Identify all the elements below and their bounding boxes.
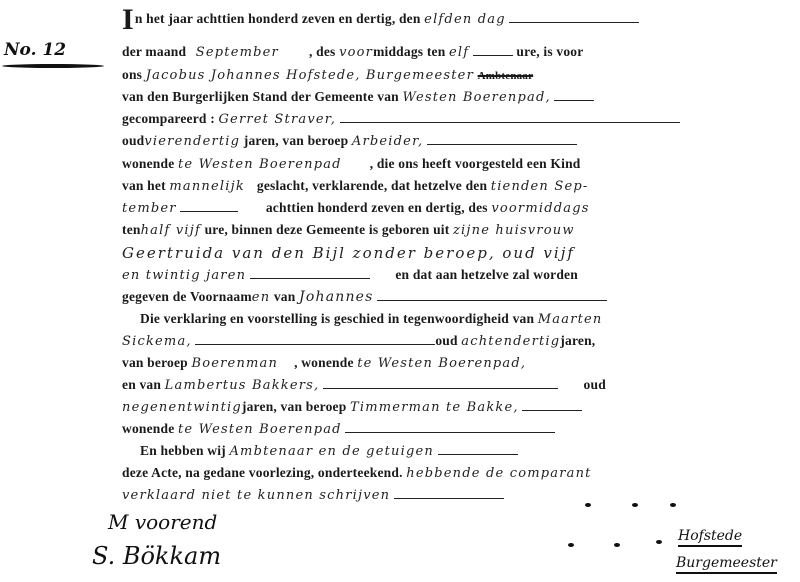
handwritten-age: vierendertig xyxy=(144,134,240,149)
printed-text: van beroep xyxy=(122,355,188,370)
handwritten-birth-daypart: voormiddags xyxy=(491,201,589,216)
handwritten-birth-day: tienden Sep- xyxy=(491,179,589,194)
handwritten-note-continued: verklaard niet te kunnen schrijven xyxy=(122,488,390,503)
handwritten-profession: Arbeider, xyxy=(352,134,424,149)
printed-text: jaren, xyxy=(560,333,595,348)
printed-text: n het jaar achttien honderd zeven en der… xyxy=(135,11,421,26)
line-12: en twintig jaren en dat aan hetzelve zal… xyxy=(122,266,578,285)
line-13: gegeven de Voornaamen van Johannes xyxy=(122,288,607,307)
entry-number-flourish xyxy=(2,64,104,68)
line-18: negenentwintigjaren, van beroep Timmerma… xyxy=(122,398,582,417)
handwritten-witness1-surname: Sickema, xyxy=(122,334,192,349)
printed-text: ure, binnen deze Gemeente is geboren uit xyxy=(205,222,450,237)
fill-line xyxy=(250,268,370,279)
ink-mark xyxy=(568,543,574,547)
register-page: No. 12 In het jaar achttien honderd zeve… xyxy=(0,0,800,582)
printed-text: wonende xyxy=(122,156,174,171)
fill-line xyxy=(180,201,238,212)
entry-number: No. 12 xyxy=(4,40,66,60)
handwritten-birth-hour: half vijf xyxy=(141,223,201,238)
printed-text: der maand xyxy=(122,44,186,59)
handwritten-daypart: voor xyxy=(339,45,373,60)
printed-text: van het xyxy=(122,178,166,193)
line-9: tember achttien honderd zeven en dertig,… xyxy=(122,199,590,218)
handwritten-municipality: Westen Boerenpad, xyxy=(402,90,550,105)
fill-line xyxy=(323,378,558,389)
printed-text: deze Acte, na gedane voorlezing, onderte… xyxy=(122,465,403,480)
handwritten-hour: elf xyxy=(449,45,469,60)
line-14: Die verklaring en voorstelling is geschi… xyxy=(140,310,603,329)
handwritten-day: elfden dag xyxy=(424,12,506,27)
signature-witness2: S. Bökkam xyxy=(92,542,221,570)
handwritten-mother-relation: zijne huisvrouw xyxy=(453,223,575,238)
handwritten-child-name: Johannes xyxy=(299,289,374,305)
signature-mayor-title: Burgemeester xyxy=(676,555,777,574)
line-21: deze Acte, na gedane voorlezing, onderte… xyxy=(122,464,592,483)
handwritten-mother: Geertruida van den Bijl zonder beroep, o… xyxy=(122,244,575,262)
handwritten-sex: mannelijk xyxy=(169,179,245,194)
printed-text: Die verklaring en voorstelling is geschi… xyxy=(140,311,534,326)
printed-text: ons xyxy=(122,67,142,82)
printed-text: middags ten xyxy=(373,44,445,59)
ink-mark xyxy=(670,503,676,507)
line-3: ons Jacobus Johannes Hofstede, Burgemees… xyxy=(122,66,533,85)
fill-line xyxy=(195,334,435,345)
line-2: der maand September, des voormiddags ten… xyxy=(122,43,583,62)
handwritten-mother-age: en twintig jaren xyxy=(122,268,246,283)
line-20: En hebben wij Ambtenaar en de getuigen xyxy=(140,442,518,461)
line-4: van den Burgerlijken Stand der Gemeente … xyxy=(122,88,594,107)
printed-text: , wonende xyxy=(294,355,354,370)
ink-mark xyxy=(585,503,591,507)
fill-line xyxy=(522,400,582,411)
fill-line xyxy=(509,12,639,23)
printed-text: En hebben wij xyxy=(140,443,226,458)
printed-text: achttien honderd zeven en dertig, des xyxy=(266,200,488,215)
ink-mark xyxy=(614,543,620,547)
line-17: en van Lambertus Bakkers, oud xyxy=(122,376,606,395)
handwritten-month: September xyxy=(196,45,279,60)
handwritten-en: en xyxy=(252,290,270,305)
handwritten-witness1-first: Maarten xyxy=(538,312,603,327)
printed-text: gegeven de Voornaam xyxy=(122,289,252,304)
handwritten-note: hebbende de comparant xyxy=(406,466,591,481)
handwritten-witness2-name: Lambertus Bakkers, xyxy=(165,378,320,393)
line-10: tenhalf vijf ure, binnen deze Gemeente i… xyxy=(122,221,575,240)
signature-mayor: Hofstede xyxy=(678,528,742,547)
line-15: Sickema, oud achtendertigjaren, xyxy=(122,332,595,351)
printed-text: oud xyxy=(584,377,606,392)
line-16: van beroep Boerenman, wonende te Westen … xyxy=(122,354,526,373)
printed-text: jaren, van beroep xyxy=(242,399,347,414)
fill-line xyxy=(394,488,504,499)
printed-text: , die ons heeft voorgesteld een Kind xyxy=(370,156,581,171)
handwritten-residence: te Westen Boerenpad xyxy=(178,157,342,172)
printed-text: jaren, van beroep xyxy=(244,133,349,148)
fill-line xyxy=(438,444,518,455)
printed-text: , des xyxy=(309,44,336,59)
fill-line xyxy=(473,45,513,56)
line-22: verklaard niet te kunnen schrijven xyxy=(122,486,504,505)
line-11: Geertruida van den Bijl zonder beroep, o… xyxy=(122,244,575,263)
printed-text: gecompareerd : xyxy=(122,111,215,126)
handwritten-official: Jacobus Johannes Hofstede, Burgemeester xyxy=(146,68,474,83)
printed-text: ure, is voor xyxy=(516,44,583,59)
drop-initial: I xyxy=(122,3,134,36)
printed-text: oud xyxy=(435,333,457,348)
line-1: In het jaar achttien honderd zeven en de… xyxy=(122,10,639,29)
fill-line xyxy=(340,112,680,123)
ink-mark xyxy=(656,540,662,544)
printed-text: geslacht, verklarende, dat hetzelve den xyxy=(257,178,487,193)
ink-mark xyxy=(632,503,638,507)
handwritten-witness2-residence: te Westen Boerenpad xyxy=(178,422,342,437)
line-8: van het mannelijkgeslacht, verklarende, … xyxy=(122,177,588,196)
printed-text: en dat aan hetzelve zal worden xyxy=(395,267,578,282)
handwritten-witness2-age: negenentwintig xyxy=(122,400,242,415)
fill-line xyxy=(377,290,607,301)
line-6: oudvierendertig jaren, van beroep Arbeid… xyxy=(122,132,577,151)
fill-line xyxy=(427,134,577,145)
printed-text: ten xyxy=(122,222,141,237)
line-5: gecompareerd : Gerret Straver, xyxy=(122,110,680,129)
handwritten-declarant: Gerret Straver, xyxy=(218,112,336,127)
handwritten-witness2-profession: Timmerman te Bakke, xyxy=(350,400,519,415)
handwritten-witness1-residence: te Westen Boerenpad, xyxy=(357,356,526,371)
handwritten-signers: Ambtenaar en de getuigen xyxy=(229,444,433,459)
struck-text: Ambtenaar xyxy=(478,70,534,82)
handwritten-birth-month: tember xyxy=(122,201,177,216)
printed-text: van xyxy=(274,289,296,304)
printed-text: en van xyxy=(122,377,161,392)
handwritten-witness1-profession: Boerenman xyxy=(191,356,278,371)
printed-text: van den Burgerlijken Stand der Gemeente … xyxy=(122,89,399,104)
fill-line xyxy=(345,422,555,433)
line-7: wonende te Westen Boerenpad, die ons hee… xyxy=(122,155,581,174)
printed-text: oud xyxy=(122,133,144,148)
line-19: wonende te Westen Boerenpad xyxy=(122,420,555,439)
signature-witness1: M voorend xyxy=(108,510,217,534)
printed-text: wonende xyxy=(122,421,174,436)
fill-line xyxy=(554,90,594,101)
handwritten-witness1-age: achtendertig xyxy=(461,334,560,349)
